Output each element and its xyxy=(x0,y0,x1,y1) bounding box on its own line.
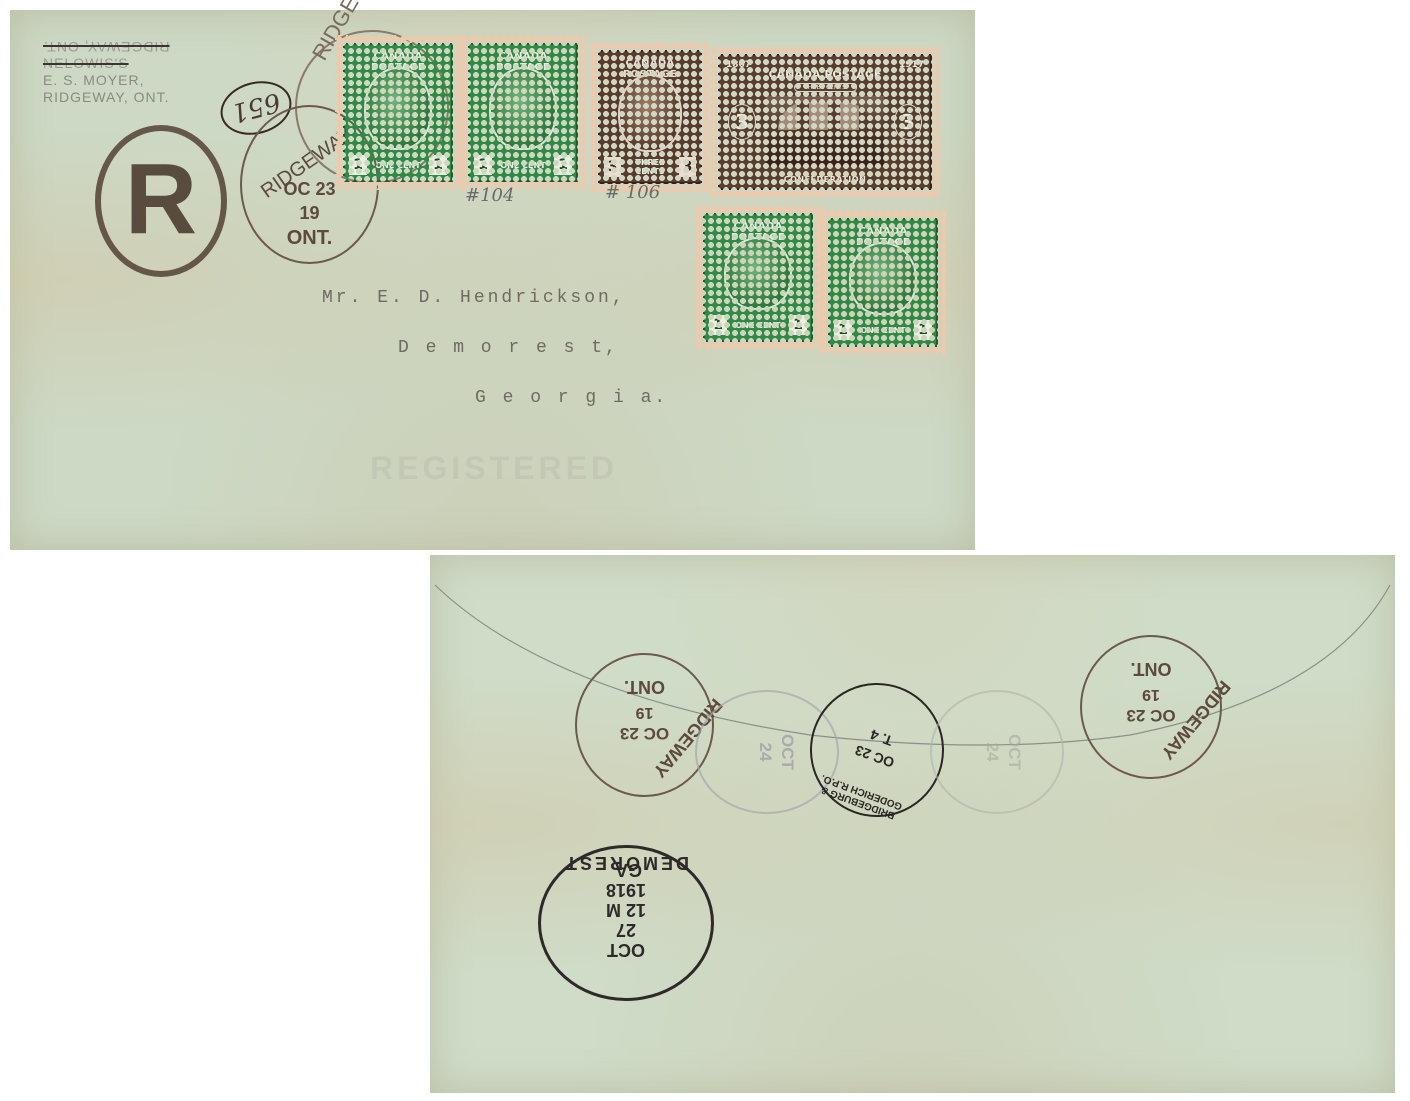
postmark-date: OC 23 xyxy=(577,723,712,743)
king-portrait xyxy=(489,67,557,150)
return-name: E. S. MOYER, xyxy=(43,72,170,89)
postmark-year: 19 xyxy=(577,703,712,721)
address-line-1: Mr. E. D. Hendrickson, xyxy=(322,288,626,308)
king-portrait xyxy=(364,67,432,150)
stamp-words: THREE CENTS xyxy=(794,83,857,92)
backstamp-ridgeway-left: RIDGEWAY OC 23 19 ONT. xyxy=(575,653,714,797)
pencil-note-104: #104 xyxy=(465,185,514,206)
stamp-value: 3 xyxy=(604,157,621,177)
postmark-date: OCT xyxy=(1004,692,1024,812)
king-portrait xyxy=(724,237,792,310)
struck-line: RIDGEWAY, ONT. xyxy=(43,38,170,55)
address-line-2: D e m o r e s t, xyxy=(398,338,619,358)
pencil-note-106: # 106 xyxy=(605,182,660,203)
postmark-date: OC 23 xyxy=(1082,705,1220,725)
stamp-value: 1 xyxy=(914,320,932,340)
king-portrait xyxy=(618,74,682,152)
postmark-year: 19 xyxy=(242,203,377,224)
stamp-1-cent: CANADA POSTAGE 1 ONE CENT 1 xyxy=(820,210,946,355)
registered-r-mark: R xyxy=(95,125,227,277)
stamp-value: 3 xyxy=(728,104,756,140)
stamp-value: 1 xyxy=(554,155,572,175)
address-line-3: G e o r g i a. xyxy=(475,388,668,408)
postmark-province: ONT. xyxy=(577,676,712,697)
envelope-back: RIDGEWAY OC 23 19 ONT. OCT 24 BRIDGEBURG… xyxy=(430,555,1395,1093)
stamp-words: ONE CENT xyxy=(735,321,780,330)
stamp-value: 1 xyxy=(709,315,727,335)
postmark-state: GA. xyxy=(541,859,711,880)
postmark-time: 12 M xyxy=(541,899,711,920)
postmark-date: OCT xyxy=(541,939,711,960)
stamp-words: ONE CENT xyxy=(375,161,420,170)
r-letter: R xyxy=(101,139,221,259)
stamp-words: ONE CENT xyxy=(860,326,905,335)
backstamp-oct-24-faint: OCT 24 xyxy=(930,690,1064,814)
postmark-day: 24 xyxy=(982,692,1002,812)
stamp-words: THREE CENTS xyxy=(621,158,679,176)
envelope-front: RIDGEWAY, ONT. NELOWIS'S E. S. MOYER, RI… xyxy=(10,10,975,550)
postmark-date: OCT xyxy=(777,692,797,812)
stamp-country: CANADA POSTAGE xyxy=(720,68,930,81)
postmark-province: ONT. xyxy=(1082,658,1220,679)
stamp-value: 1 xyxy=(429,155,447,175)
stamp-value: 1 xyxy=(834,320,852,340)
struck-line: NELOWIS'S xyxy=(43,55,129,72)
postmark-year: 19 xyxy=(1082,685,1220,703)
stamp-1-cent: CANADA POSTAGE 1 ONE CENT 1 xyxy=(460,35,586,190)
stamp-value: 3 xyxy=(894,104,922,140)
stamp-words: ONE CENT xyxy=(500,161,545,170)
confederation-scene xyxy=(766,96,884,166)
king-portrait xyxy=(849,242,917,315)
backstamp-ridgeway-right: RIDGEWAY OC 23 19 ONT. xyxy=(1080,635,1222,779)
return-town: RIDGEWAY, ONT. xyxy=(43,89,170,106)
postmark-day: 27 xyxy=(541,919,711,940)
postmark-day: 24 xyxy=(755,692,775,812)
stamp-1-cent: CANADA POSTAGE 1 ONE CENT 1 xyxy=(695,205,821,350)
ghost-registered-stamp: REGISTERED xyxy=(370,450,618,487)
stamp-3-cent-admiral: CANADA POSTAGE 3 THREE CENTS 3 xyxy=(590,42,710,192)
postmark-year: 1918 xyxy=(541,879,711,900)
backstamp-demorest-ga: DEMOREST OCT 27 12 M 1918 GA. xyxy=(538,845,714,1001)
stamp-value: 1 xyxy=(474,155,492,175)
stamp-value: 3 xyxy=(679,157,696,177)
return-address: RIDGEWAY, ONT. NELOWIS'S E. S. MOYER, RI… xyxy=(43,38,170,106)
stamp-1-cent: CANADA POSTAGE 1 ONE CENT 1 xyxy=(335,35,461,190)
stamp-value: 1 xyxy=(349,155,367,175)
stamp-confederation-3-cent: 1867 1917 CANADA POSTAGE THREE CENTS 3 3… xyxy=(710,46,940,198)
stamp-value: 1 xyxy=(789,315,807,335)
postmark-province: ONT. xyxy=(242,227,377,250)
stamp-label: CONFEDERATION xyxy=(720,175,930,184)
